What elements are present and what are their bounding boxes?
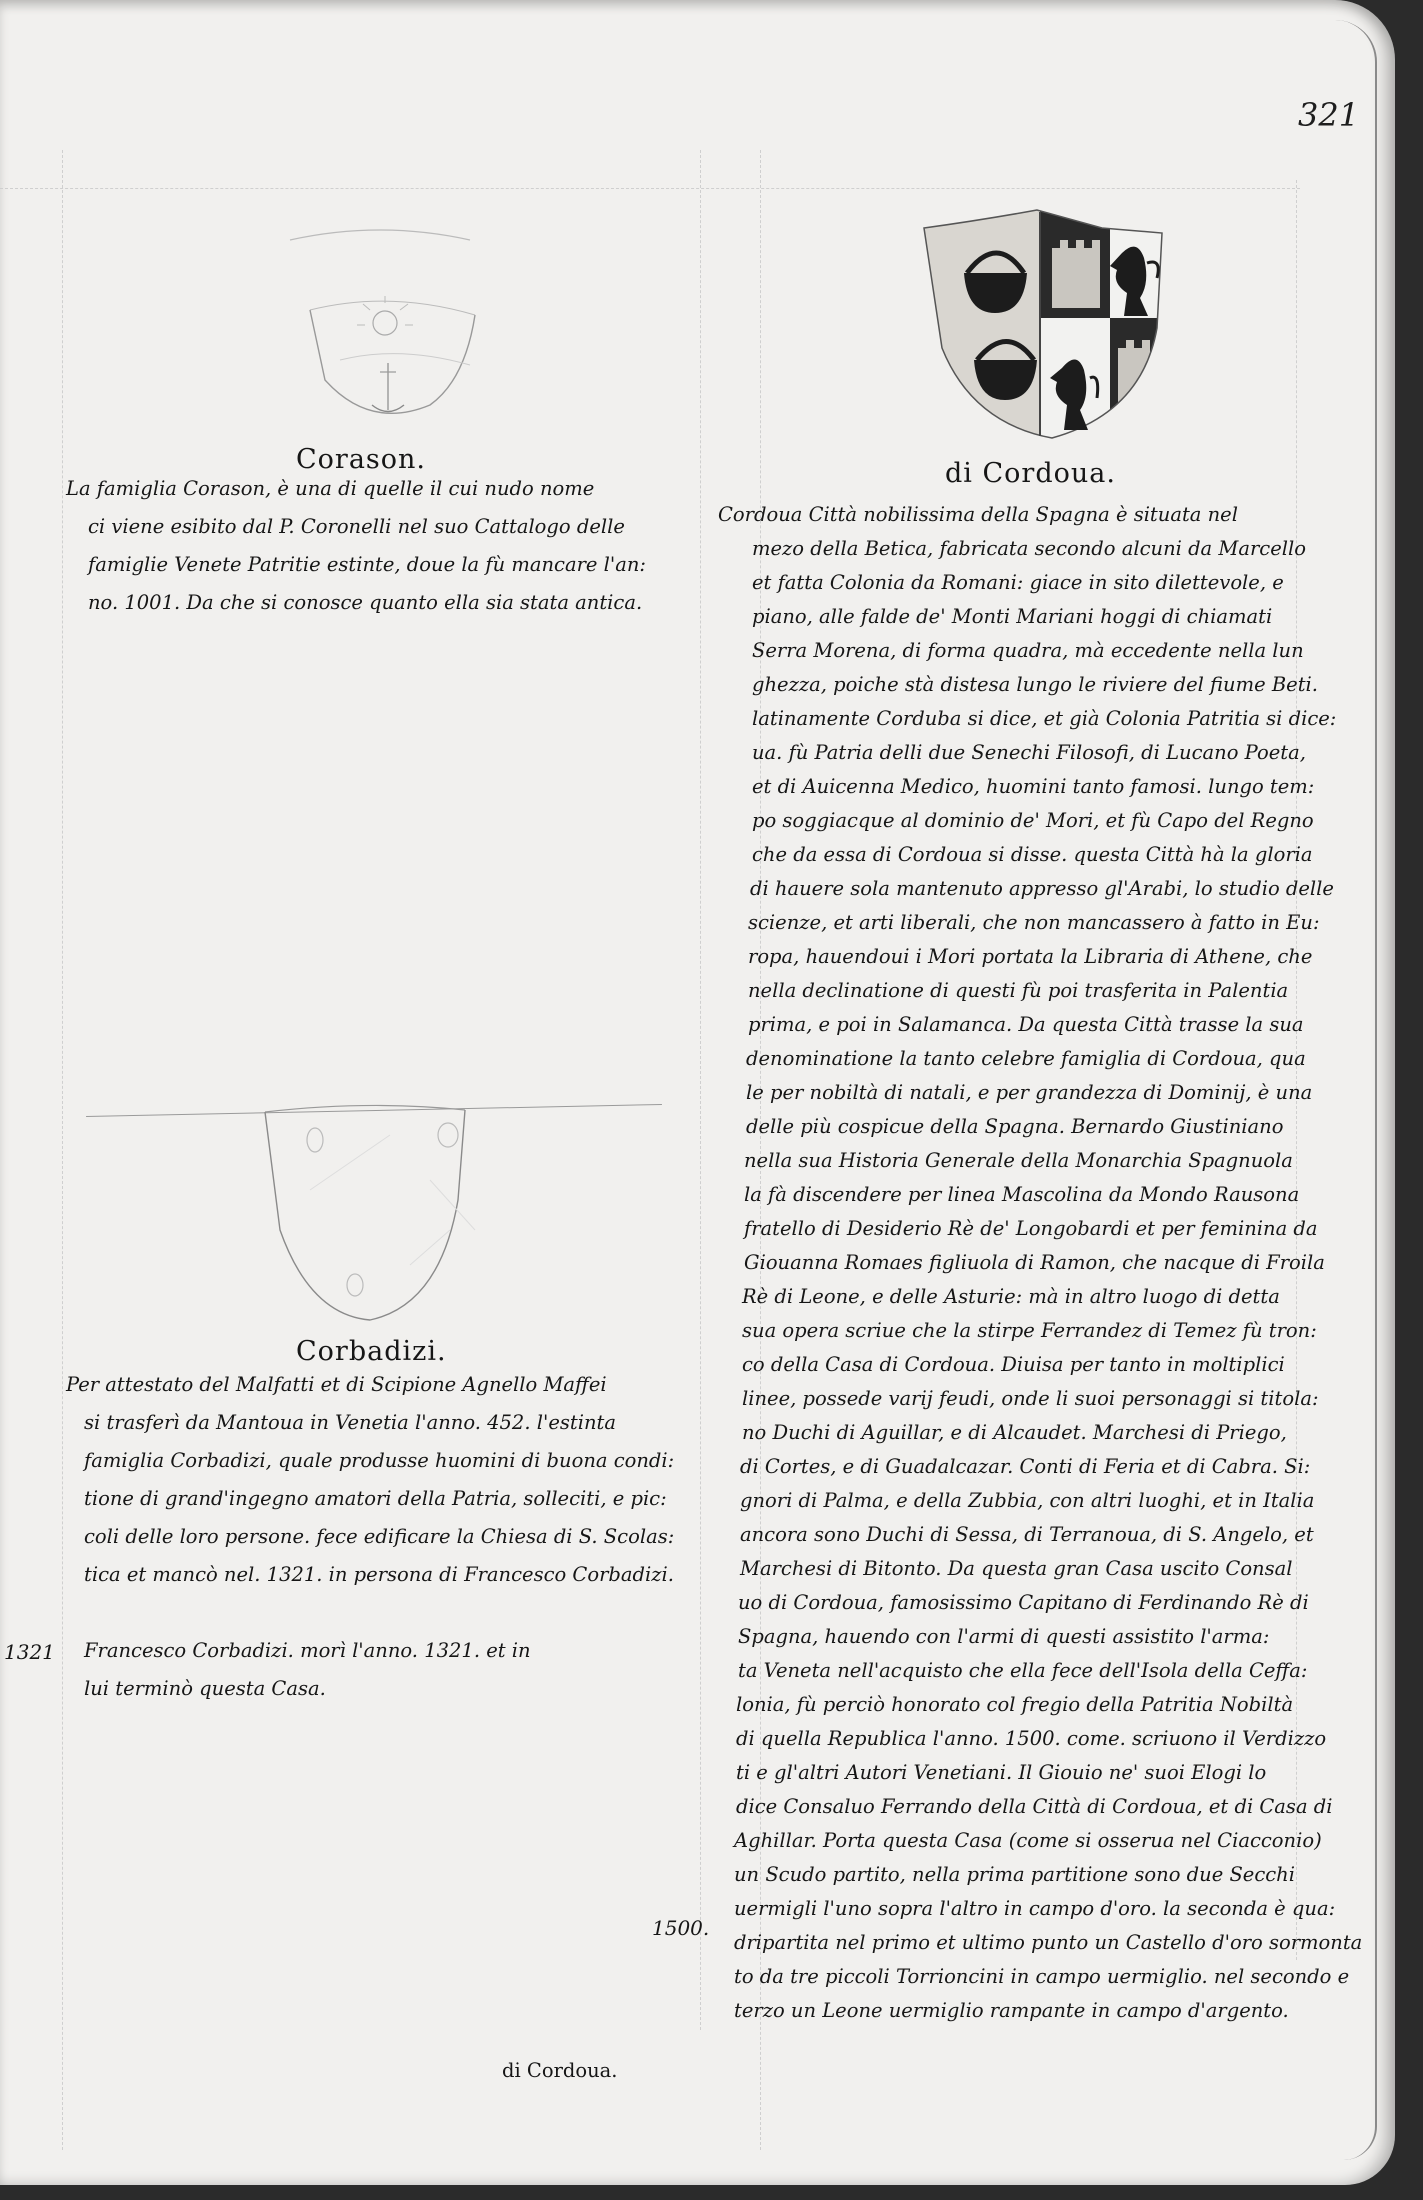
heading-corbadizi: Corbadizi. xyxy=(296,1336,447,1367)
cordova-line: sua opera scriue che la stirpe Ferrandez… xyxy=(742,1312,1317,1350)
shield-sketch-bend-icon xyxy=(240,1090,480,1330)
cordova-line: ancora sono Duchi di Sessa, di Terranoua… xyxy=(740,1516,1314,1554)
corason-line: famiglie Venete Patritie estinte, doue l… xyxy=(88,546,646,584)
cordova-line: latinamente Corduba si dice, et già Colo… xyxy=(752,700,1336,738)
corbadizi-line: tione di grand'ingegno amatori della Pat… xyxy=(84,1480,667,1518)
cordova-line: Spagna, hauendo con l'armi di questi ass… xyxy=(738,1618,1269,1656)
cordova-line: ua. fù Patria delli due Senechi Filosofi… xyxy=(752,734,1306,772)
cordova-line: gnori di Palma, e della Zubbia, con altr… xyxy=(740,1482,1314,1520)
cordova-line: Aghillar. Porta questa Casa (come si oss… xyxy=(734,1822,1322,1860)
cordova-line: di hauere sola mantenuto appresso gl'Ara… xyxy=(750,870,1334,908)
cordova-line: nella sua Historia Generale della Monarc… xyxy=(744,1142,1293,1180)
cordova-line: ti e gl'altri Autori Venetiani. Il Gioui… xyxy=(736,1754,1266,1792)
cordova-line: lonia, fù perciò honorato col fregio del… xyxy=(736,1686,1293,1724)
corbadizi-line: coli delle loro persone. fece edificare … xyxy=(84,1518,674,1556)
cordova-line: piano, alle falde de' Monti Mariani hogg… xyxy=(752,598,1272,636)
margin-year: 1321 xyxy=(4,1640,55,1664)
corason-line: La famiglia Corason, è una di quelle il … xyxy=(66,470,594,508)
corbadizi-line: Per attestato del Malfatti et di Scipion… xyxy=(66,1366,607,1404)
cordova-line: terzo un Leone uermiglio rampante in cam… xyxy=(734,1992,1289,2030)
cordova-line: dripartita nel primo et ultimo punto un … xyxy=(734,1924,1362,1962)
shield-sketch-sun-anchor-icon xyxy=(280,200,480,440)
cordova-line: scienze, et arti liberali, che non manca… xyxy=(748,904,1320,942)
entry-line: lui terminò questa Casa. xyxy=(84,1670,326,1708)
page-edge xyxy=(1335,20,1377,2160)
cordova-line: ta Veneta nell'acquisto che ella fece de… xyxy=(738,1652,1307,1690)
cordova-line: no Duchi di Aguillar, e di Alcaudet. Mar… xyxy=(742,1414,1287,1452)
corbadizi-line: si trasferì da Mantoua in Venetia l'anno… xyxy=(84,1404,616,1442)
cordova-line: la fà discendere per linea Mascolina da … xyxy=(744,1176,1299,1214)
cordova-line: che da essa di Cordoua si disse. questa … xyxy=(752,836,1313,874)
cordova-line: ropa, hauendoui i Mori portata la Librar… xyxy=(748,938,1312,976)
corbadizi-line: tica et mancò nel. 1321. in persona di F… xyxy=(84,1556,674,1594)
corbadizi-line: famiglia Corbadizi, quale produsse huomi… xyxy=(84,1442,674,1480)
folio-number: 321 xyxy=(1298,96,1359,134)
margin-year: 1500. xyxy=(652,1916,709,1940)
entry-line: Francesco Corbadizi. morì l'anno. 1321. … xyxy=(84,1632,531,1670)
cordova-line: di Cortes, e di Guadalcazar. Conti di Fe… xyxy=(740,1448,1310,1486)
coat-of-arms-cordova-icon xyxy=(912,198,1177,443)
cordova-line: to da tre piccoli Torrioncini in campo u… xyxy=(734,1958,1349,1996)
cordova-line: Cordoua Città nobilissima della Spagna è… xyxy=(718,496,1238,534)
cordova-line: Serra Morena, di forma quadra, mà eccede… xyxy=(752,632,1304,670)
cordova-line: dice Consaluo Ferrando della Città di Co… xyxy=(736,1788,1332,1826)
corason-line: ci viene esibito dal P. Coronelli nel su… xyxy=(88,508,625,546)
top-rule xyxy=(0,188,1300,189)
cordova-line: Rè di Leone, e delle Asturie: mà in altr… xyxy=(742,1278,1280,1316)
cordova-line: co della Casa di Cordoua. Diuisa per tan… xyxy=(742,1346,1285,1384)
cordova-line: le per nobiltà di natali, e per grandezz… xyxy=(746,1074,1312,1112)
cordova-line: un Scudo partito, nella prima partitione… xyxy=(734,1856,1295,1894)
cordova-line: po soggiacque al dominio de' Mori, et fù… xyxy=(752,802,1314,840)
cordova-line: et di Auicenna Medico, huomini tanto fam… xyxy=(752,768,1314,806)
cordova-line: Marchesi di Bitonto. Da questa gran Casa… xyxy=(740,1550,1292,1588)
heading-cordova: di Cordoua. xyxy=(945,458,1116,489)
cordova-line: mezo della Betica, fabricata secondo alc… xyxy=(752,530,1306,568)
cordova-line: fratello di Desiderio Rè de' Longobardi … xyxy=(744,1210,1318,1248)
cordova-line: Giouanna Romaes figliuola di Ramon, che … xyxy=(744,1244,1325,1282)
cordova-line: di quella Republica l'anno. 1500. come. … xyxy=(736,1720,1326,1758)
cordova-line: prima, e poi in Salamanca. Da questa Cit… xyxy=(748,1006,1304,1044)
cordova-line: denominatione la tanto celebre famiglia … xyxy=(746,1040,1306,1078)
catchword: di Cordoua. xyxy=(502,2052,618,2090)
cordova-line: linee, possede varij feudi, onde li suoi… xyxy=(742,1380,1319,1418)
cordova-line: et fatta Colonia da Romani: giace in sit… xyxy=(752,564,1284,602)
manuscript-page: 321 Corason. La famiglia Corason, è una … xyxy=(0,0,1395,2185)
cordova-line: uermigli l'uno sopra l'altro in campo d'… xyxy=(734,1890,1335,1928)
cordova-line: nella declinatione di questi fù poi tras… xyxy=(748,972,1288,1010)
corason-line: no. 1001. Da che si conosce quanto ella … xyxy=(88,584,642,622)
cordova-line: delle più cospicue della Spagna. Bernard… xyxy=(746,1108,1283,1146)
cordova-line: uo di Cordoua, famosissimo Capitano di F… xyxy=(738,1584,1309,1622)
cordova-line: ghezza, poiche stà distesa lungo le rivi… xyxy=(752,666,1318,704)
column-rule-left xyxy=(700,150,701,2030)
margin-rule-left xyxy=(62,150,63,2150)
